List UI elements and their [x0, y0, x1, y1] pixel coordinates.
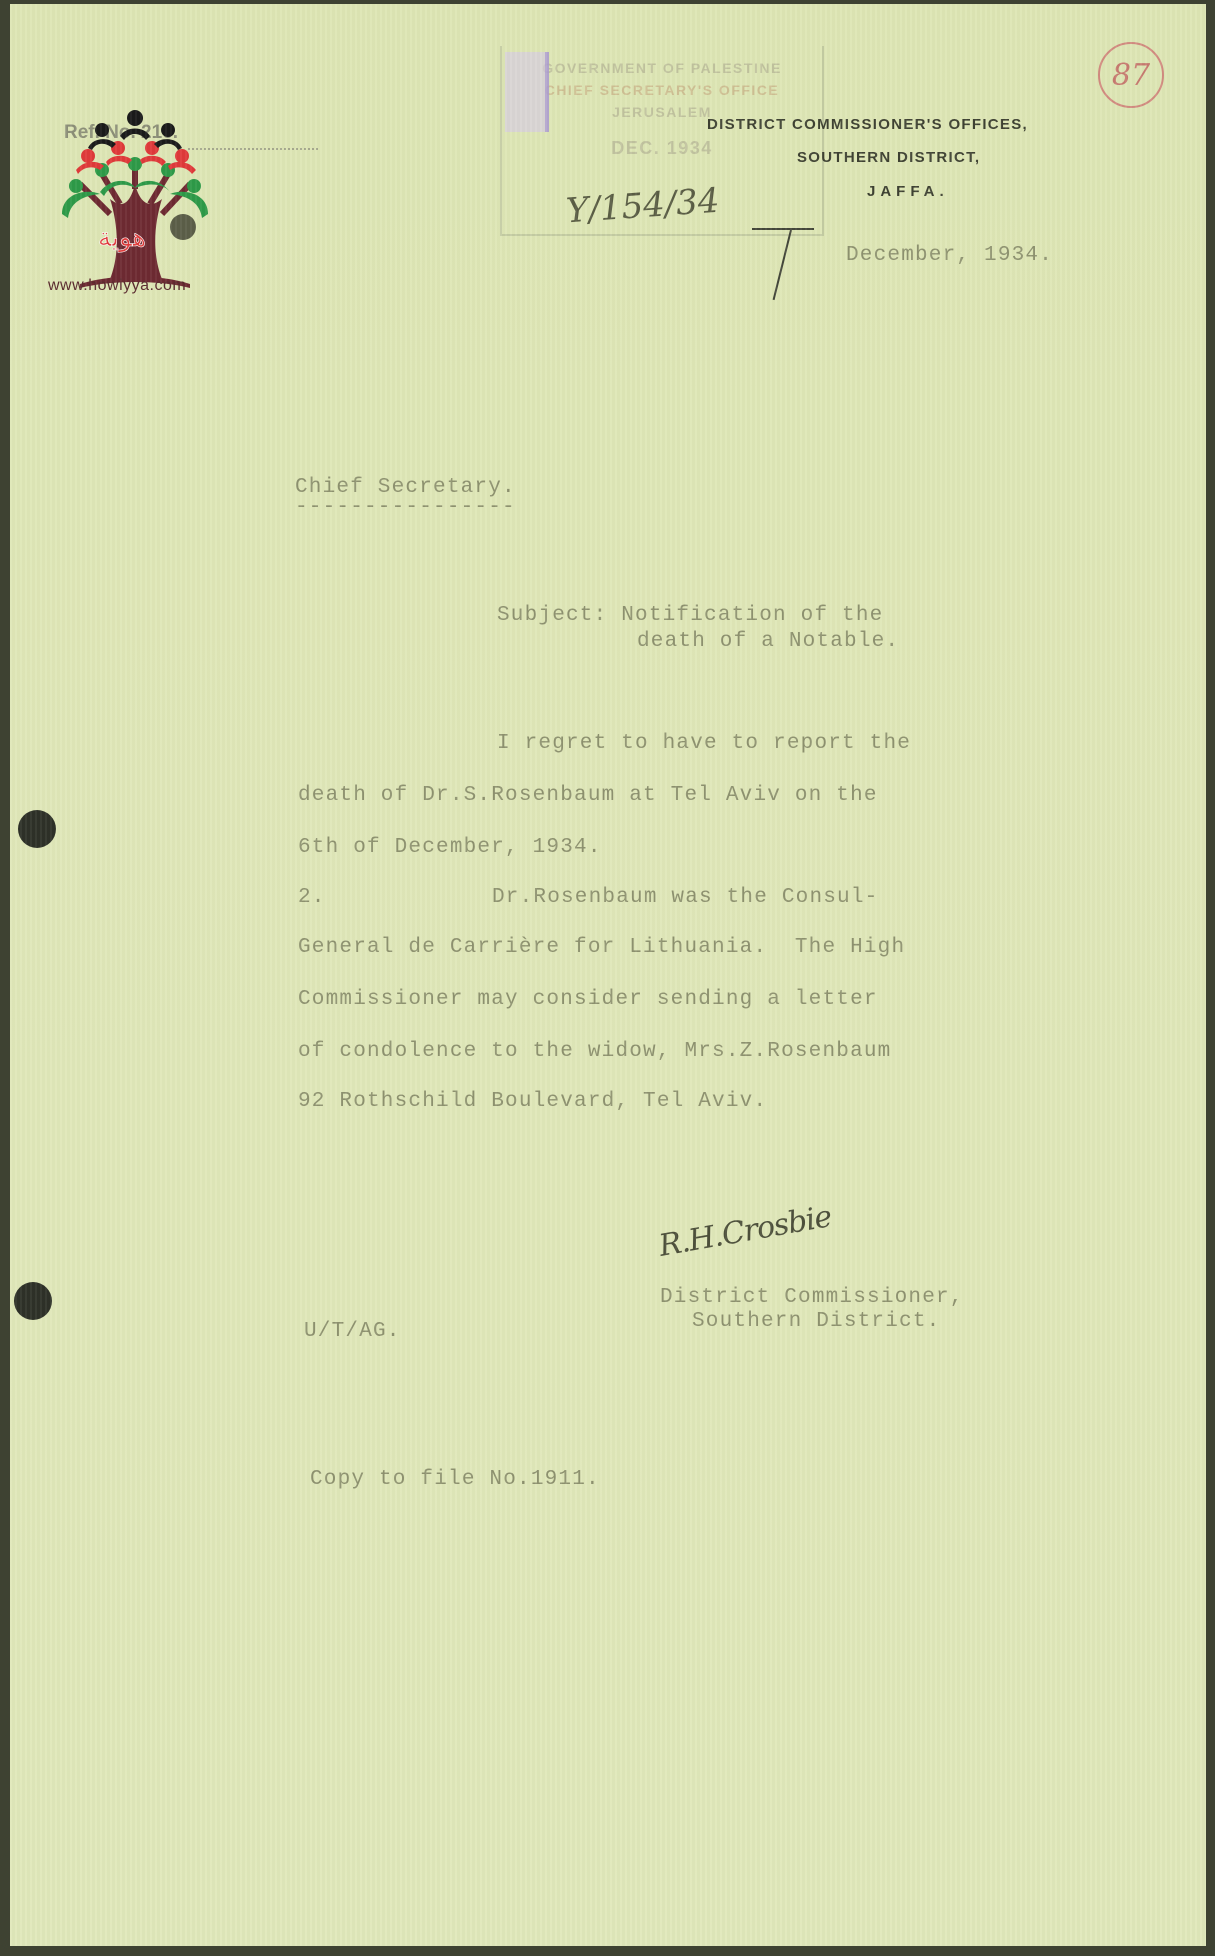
letterhead-line-2: SOUTHERN DISTRICT,: [797, 149, 980, 166]
typist-initials: U/T/AG.: [304, 1320, 401, 1343]
signature-title-line-1: District Commissioner,: [660, 1286, 964, 1309]
folio-number-circle: 87: [1098, 42, 1164, 108]
signature-title-line-2: Southern District.: [692, 1310, 940, 1333]
pen-stroke-horizontal: [752, 228, 814, 230]
body-para2-line-5: 92 Rothschild Boulevard, Tel Aviv.: [298, 1090, 767, 1113]
howiyya-url: www.howiyya.com: [48, 277, 186, 295]
document-page: Ref. No. 216. هوية: [10, 4, 1206, 1946]
addressee-underline: ----------------: [295, 496, 516, 519]
howiyya-tree-logo-icon: هوية: [40, 104, 230, 304]
stamp-line-1: GOVERNMENT OF PALESTINE: [502, 60, 822, 76]
handwritten-signature: R.H.Crosbie: [656, 1199, 834, 1264]
letterhead-line-1: DISTRICT COMMISSIONER'S OFFICES,: [707, 116, 1028, 133]
body-para2-line-3: Commissioner may consider sending a lett…: [298, 988, 878, 1011]
body-para2-line-1: Dr.Rosenbaum was the Consul-: [492, 886, 878, 909]
body-para1-line-3: 6th of December, 1934.: [298, 836, 602, 859]
body-para2-line-4: of condolence to the widow, Mrs.Z.Rosenb…: [298, 1040, 892, 1063]
stamp-purple-mark: [505, 52, 549, 132]
letter-date: December, 1934.: [846, 244, 1053, 267]
body-para1-line-2: death of Dr.S.Rosenbaum at Tel Aviv on t…: [298, 784, 878, 807]
howiyya-arabic-text: هوية: [98, 223, 146, 253]
punch-hole-middle: [18, 810, 56, 848]
body-para2-number: 2.: [298, 886, 326, 909]
letterhead-line-3: JAFFA.: [867, 183, 949, 200]
subject-line-2: death of a Notable.: [637, 630, 899, 653]
stamp-line-4: DEC. 1934: [502, 138, 822, 159]
copy-to-file-note: Copy to file No.1911.: [310, 1468, 600, 1491]
subject-line-1: Subject: Notification of the: [497, 604, 883, 627]
punch-hole-bottom: [14, 1282, 52, 1320]
body-para1-line-1: I regret to have to report the: [497, 732, 911, 755]
stamp-line-2: CHIEF SECRETARY'S OFFICE: [502, 82, 822, 98]
body-para2-line-2: General de Carrière for Lithuania. The H…: [298, 936, 905, 959]
pen-stroke-diagonal: [773, 230, 792, 300]
